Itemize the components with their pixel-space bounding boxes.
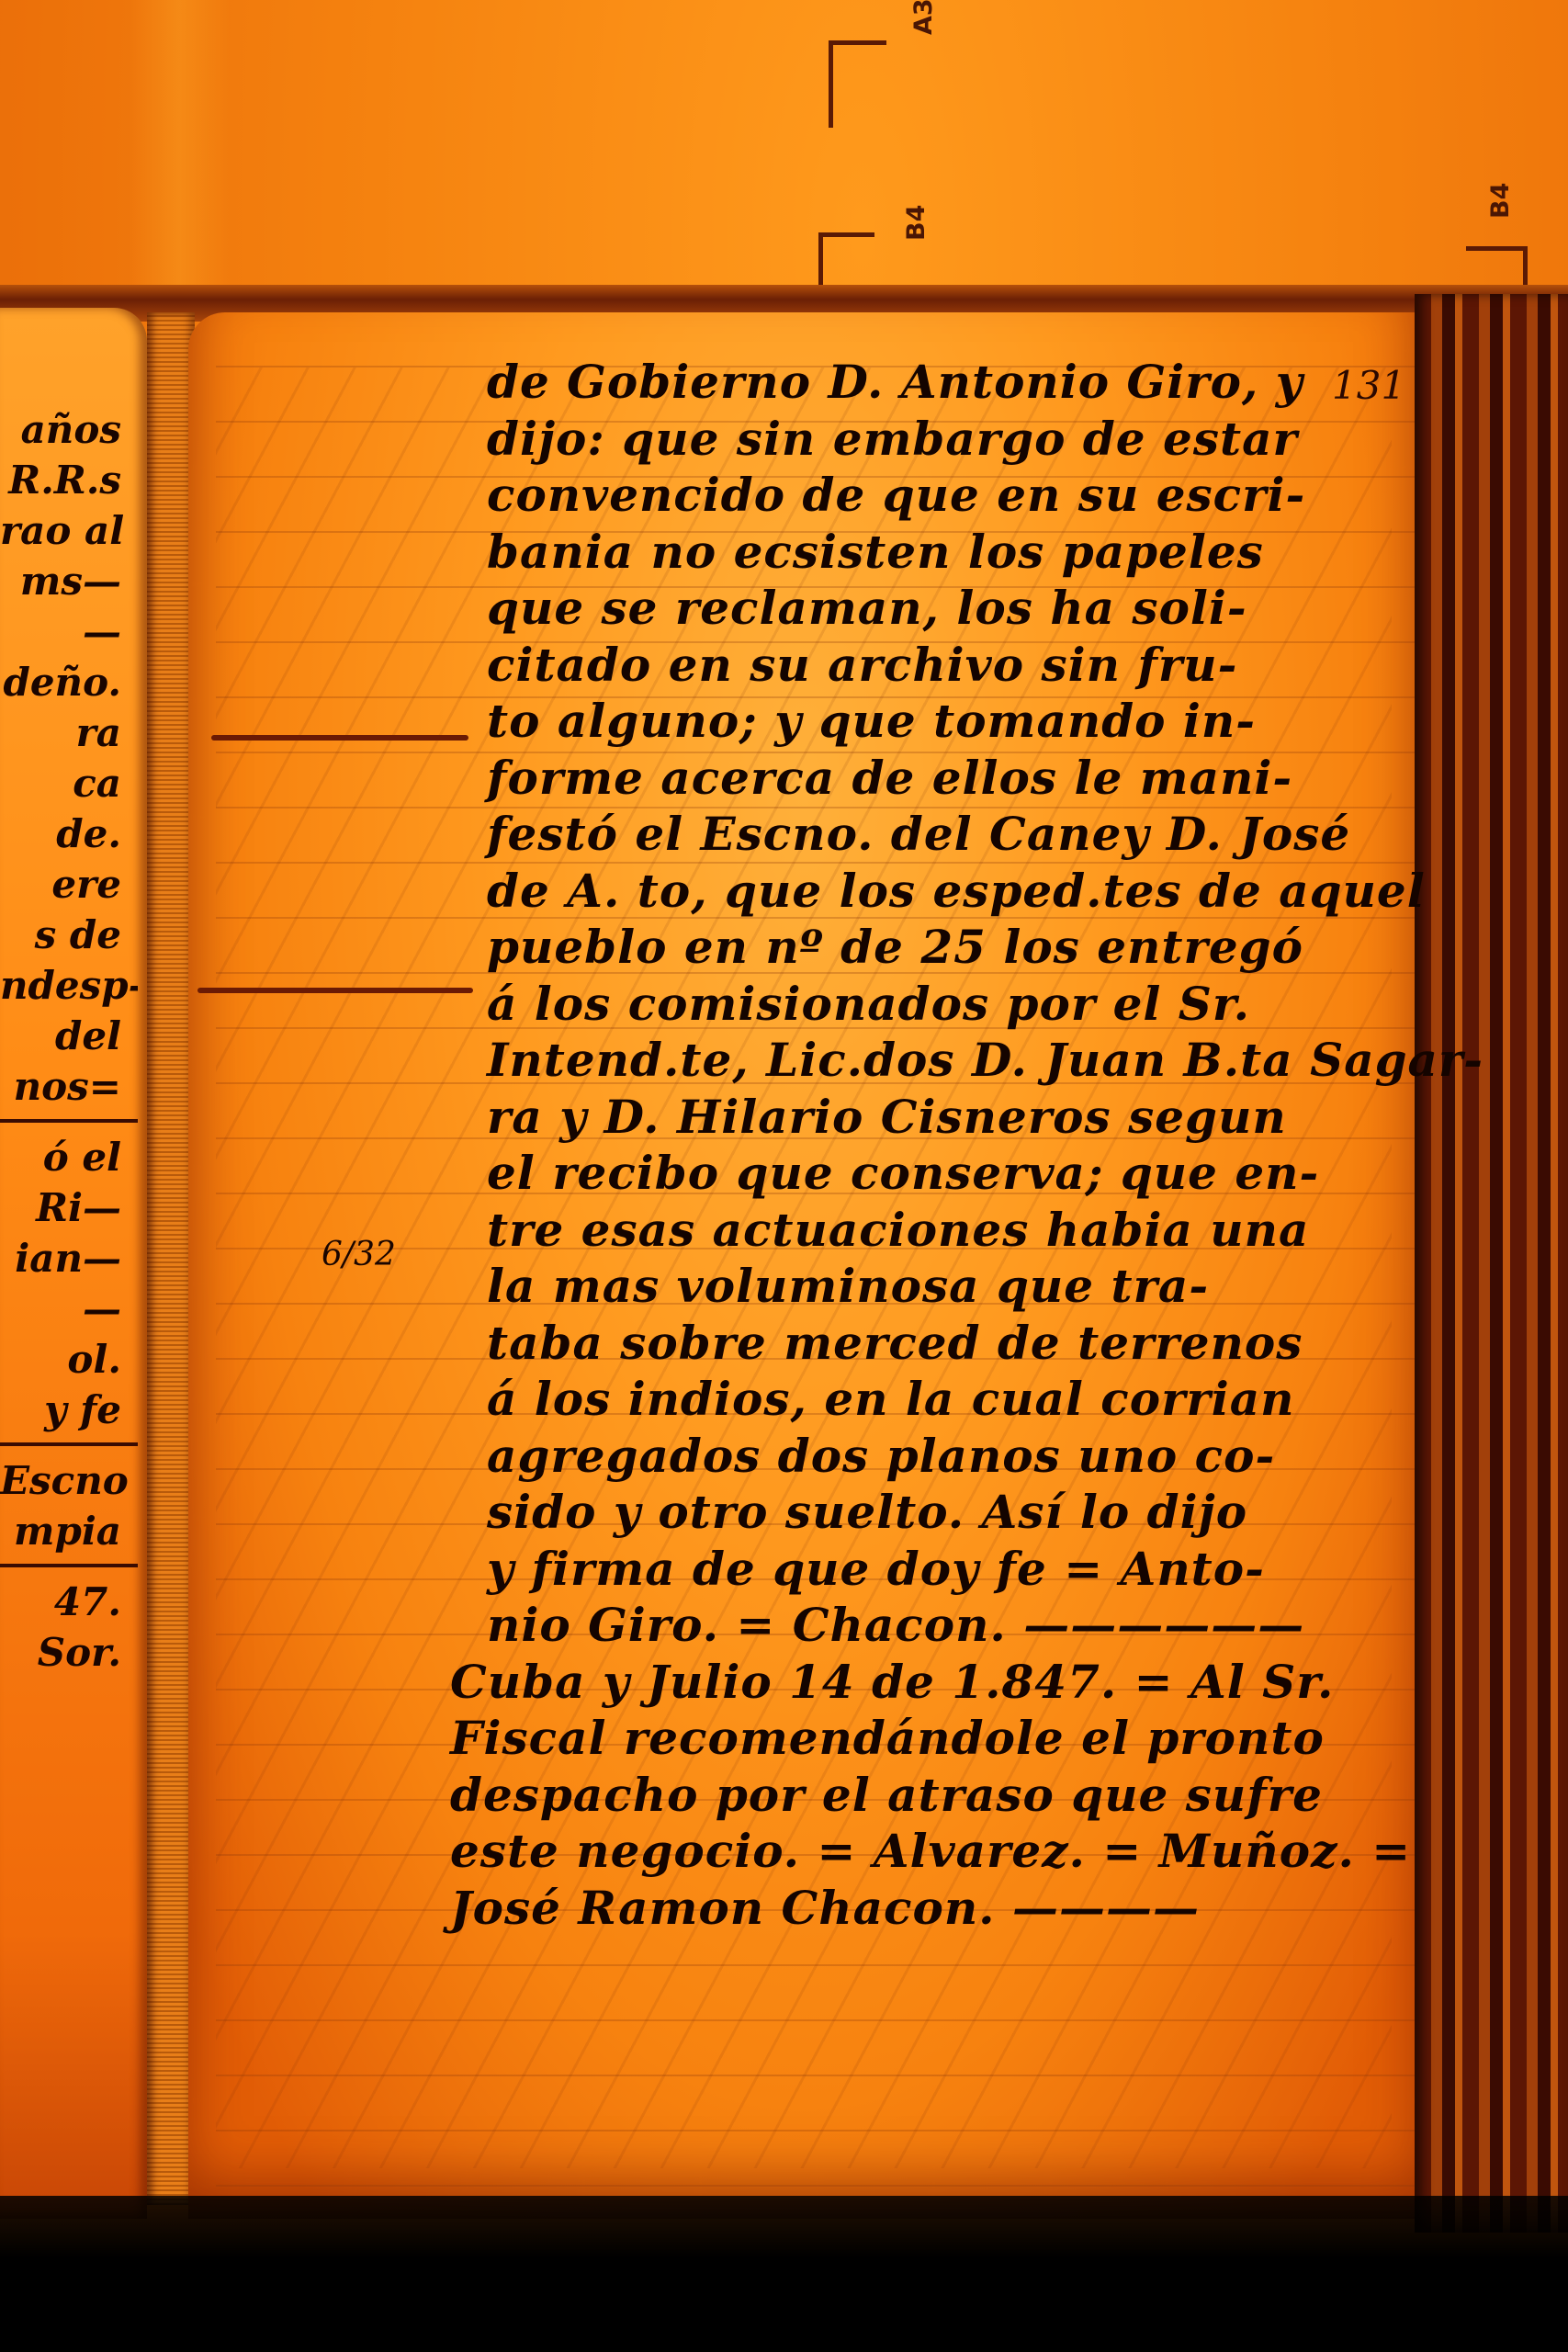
left-page-fragment: nos=	[0, 1061, 138, 1112]
left-page-fragment: de.	[0, 808, 138, 859]
light-streak	[129, 0, 230, 303]
left-page-rule	[0, 1564, 138, 1567]
manuscript-line: á los indios, en la cual corrian	[487, 1371, 1415, 1428]
crop-mark-b4-right	[1466, 246, 1528, 288]
crop-label-b4-right: B4	[1486, 183, 1515, 219]
crop-mark-b4-left	[818, 232, 874, 292]
crop-label-a3: A3	[909, 0, 938, 35]
bottom-shadow	[0, 2196, 1568, 2352]
left-page-fragment: ca	[0, 758, 138, 808]
manuscript-line: tre esas actuaciones habia una	[487, 1202, 1415, 1259]
margin-stroke	[211, 735, 468, 741]
manuscript-line: Fiscal recomendándole el pronto	[450, 1710, 1415, 1767]
manuscript-line: pueblo en nº de 25 los entregó	[487, 919, 1415, 976]
left-page-fragment: Sor.	[0, 1627, 138, 1678]
manuscript-line: festó el Escno. del Caney D. José	[487, 806, 1415, 863]
manuscript-line: sido y otro suelto. Así lo dijo	[487, 1484, 1415, 1541]
left-page-fragment: rao al	[0, 505, 138, 556]
left-page-fragment: R.R.s	[0, 455, 138, 505]
manuscript-line: convencido de que en su escri-	[487, 467, 1415, 524]
manuscript-line: nio Giro. = Chacon. ——————	[487, 1597, 1415, 1654]
left-page-fragment: s de	[0, 910, 138, 960]
manuscript-line: taba sobre merced de terrenos	[487, 1315, 1415, 1372]
manuscript-line: y firma de que doy fe = Anto-	[487, 1541, 1415, 1598]
left-page-fragment: mpia	[0, 1506, 138, 1556]
manuscript-line: que se reclaman, los ha soli-	[487, 580, 1415, 637]
left-page-fragment: ere	[0, 859, 138, 910]
crop-mark-a3	[829, 40, 886, 128]
left-page-fragment: ms—	[0, 556, 138, 606]
left-page-fragment: del	[0, 1011, 138, 1061]
manuscript-line: á los comisionados por el Sr.	[487, 976, 1415, 1033]
left-page-fragment: ndesp-	[0, 960, 138, 1011]
manuscript-line: agregados dos planos uno co-	[487, 1428, 1415, 1485]
manuscript-line: el recibo que conserva; que en-	[487, 1145, 1415, 1202]
left-page-fragment: Ri—	[0, 1182, 138, 1233]
crop-label-b4-left: B4	[902, 205, 931, 241]
left-page-fragment: ol.	[0, 1334, 138, 1385]
left-page-fragment: deño.	[0, 657, 138, 707]
manuscript-line: bania no ecsisten los papeles	[487, 524, 1415, 581]
left-page-fragment: ó el	[0, 1132, 138, 1182]
manuscript-line: José Ramon Chacon. ————	[450, 1880, 1415, 1937]
left-page-fragment: —	[0, 606, 138, 657]
page-edges	[1415, 294, 1568, 2233]
manuscript-line: citado en su archivo sin fru-	[487, 637, 1415, 694]
manuscript-line: forme acerca de ellos le mani-	[487, 750, 1415, 807]
manuscript-line: Cuba y Julio 14 de 1.847. = Al Sr.	[450, 1654, 1415, 1711]
left-page-fragment: —	[0, 1283, 138, 1334]
manuscript-line: dijo: que sin embargo de estar	[487, 411, 1415, 468]
left-page-fragment: 47.	[0, 1577, 138, 1627]
manuscript-line: de A. to, que los esped.tes de aquel	[487, 863, 1415, 920]
left-page-rule	[0, 1119, 138, 1123]
manuscript-line: este negocio. = Alvarez. = Muñoz. =	[450, 1823, 1415, 1880]
left-page-text: añosR.R.srao alms——deño.racade.eres dend…	[0, 404, 138, 1678]
margin-note: 6/32	[321, 1236, 396, 1273]
left-page-fragment: Escno	[0, 1455, 138, 1506]
left-page-fragment: años	[0, 404, 138, 455]
manuscript-line: despacho por el atraso que sufre	[450, 1767, 1415, 1824]
left-page-fragment: ian—	[0, 1233, 138, 1283]
manuscript-line: la mas voluminosa que tra-	[487, 1258, 1415, 1315]
left-page-fragment: y fe	[0, 1385, 138, 1435]
manuscript-line: ra y D. Hilario Cisneros segun	[487, 1089, 1415, 1146]
left-page-fragment: ra	[0, 707, 138, 758]
left-page-rule	[0, 1442, 138, 1446]
manuscript-line: Intend.te, Lic.dos D. Juan B.ta Sagar-	[487, 1032, 1415, 1089]
margin-stroke	[197, 988, 473, 993]
manuscript-line: to alguno; y que tomando in-	[487, 693, 1415, 750]
manuscript-line: de Gobierno D. Antonio Giro, y	[487, 354, 1415, 411]
manuscript-text: de Gobierno D. Antonio Giro, ydijo: que …	[487, 354, 1415, 1936]
